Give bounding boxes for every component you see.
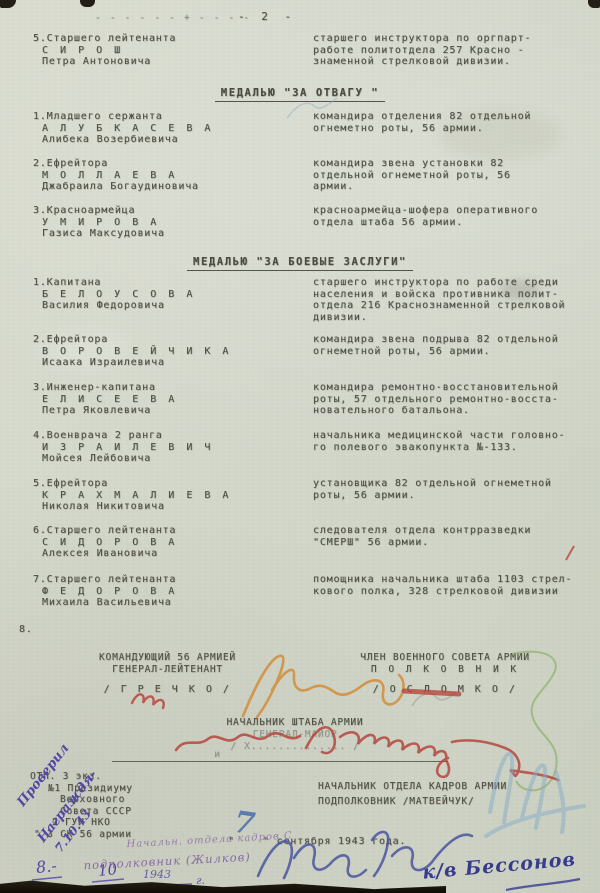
scan-bottom-shadow-band	[0, 879, 446, 893]
entry-rank: 3.Инженер-капитана	[33, 382, 298, 394]
signatory-rank: П О Л К О В Н И К	[335, 664, 555, 676]
entry-description: командира отделения 82 отдельной огнемет…	[313, 111, 595, 134]
scanned-award-document-page: - - - - - - + - - - - - 2 - 5.Старшего л…	[0, 0, 600, 893]
entry-surname: И З Р А И Л Е В И Ч	[42, 442, 298, 454]
entry-patronymic: Василия Федоровича	[42, 300, 298, 312]
entry-rank: 7.Старшего лейтенанта	[33, 574, 298, 586]
entry-rank: 1.Младшего сержанта	[33, 111, 298, 123]
signatory-rank: ГЕНЕРАЛ-ЛЕЙТЕНАНТ	[60, 664, 275, 676]
signatory-title: НАЧАЛЬНИК ОТДЕЛА КАДРОВ АРМИИ	[318, 781, 507, 793]
item-8-number: 8.	[19, 624, 33, 636]
entry-description: командира ремонтно-восстановительной рот…	[313, 382, 595, 417]
stray-typed-char: и	[214, 749, 221, 761]
stamp-date-g: г.	[196, 874, 205, 887]
entry-surname: У М И Р О В А	[42, 217, 298, 229]
entry-patronymic: Алибека Возербиевича	[42, 134, 298, 146]
entry-surname: К Р А Х М А Л И Е В А	[42, 490, 298, 502]
entry-rank: 2.Ефрейтора	[33, 158, 298, 170]
signatory-rank-name: ПОДПОЛКОВНИК /МАТВЕЙЧУК/	[318, 796, 507, 808]
entry-surname: С И Д О Р О В А	[42, 537, 298, 549]
entry-rank: 6.Старшего лейтенанта	[33, 525, 298, 537]
signatory-rank: ГЕНЕРАЛ-МАЙОР	[155, 729, 435, 741]
entry-rank: 5.Ефрейтора	[33, 478, 298, 490]
entry-surname: В О Р О В Е Й Ч И К А	[42, 346, 298, 358]
entry-patronymic: Алексея Ивановича	[42, 548, 298, 560]
entry-surname: М О Л Л А Е В А	[42, 170, 298, 182]
entry-rank: 2.Ефрейтора	[33, 334, 298, 346]
signature-block-council-member: ЧЛЕН ВОЕННОГО СОВЕТА АРМИИ П О Л К О В Н…	[335, 652, 555, 696]
signature-block-chief-of-staff: НАЧАЛЬНИК ШТАБА АРМИИ ГЕНЕРАЛ-МАЙОР / Х.…	[155, 717, 435, 753]
signatory-name: / О С Л О М К О /	[335, 684, 555, 696]
entry-rank: 4.Военврача 2 ранга	[33, 430, 298, 442]
signature-block-commander: КОМАНДУЮЩИЙ 56 АРМИЕЙ ГЕНЕРАЛ-ЛЕЙТЕНАНТ …	[60, 652, 275, 696]
entry-description: командира звена установки 82 отдельной о…	[313, 158, 595, 193]
scan-corner-mark	[0, 0, 16, 8]
entry-description: помощника начальника штаба 1103 стрел- к…	[313, 574, 595, 597]
signatory-name: / Х.............. /	[155, 741, 435, 753]
entry-rank: 3.Красноармейца	[33, 205, 298, 217]
bottom-ink-signature: к/в Бессонов	[421, 848, 576, 883]
signatory-title: КОМАНДУЮЩИЙ 56 АРМИЕЙ	[60, 652, 275, 664]
stamp-date-month: 10	[97, 860, 118, 880]
red-tick-mark	[566, 546, 574, 560]
entry-patronymic: Исаака Израилевича	[42, 357, 298, 369]
section-header-za-otvagu: МЕДАЛЬЮ "ЗА ОТВАГУ "	[0, 81, 600, 102]
signatory-title: НАЧАЛЬНИК ШТАБА АРМИИ	[155, 717, 435, 729]
stamp-date-day: 8.-	[35, 856, 58, 877]
red-pencil-word	[132, 694, 164, 708]
entry-patronymic: Петра Антоновича	[42, 56, 298, 68]
entry-surname: А Л У Б К А С Е В А	[42, 123, 298, 135]
entry-patronymic: Мойсея Лейбовича	[42, 453, 298, 465]
page-number: - 2 -	[238, 11, 296, 23]
entry-surname: Е Л И С Е Е В А	[42, 394, 298, 406]
entry-surname: Б Е Л О У С О В А	[42, 289, 298, 301]
entry-rank: 1.Капитана	[33, 277, 298, 289]
entry-description: установщика 82 отдельной огнеметной роты…	[313, 478, 595, 501]
entry-patronymic: Джабраила Богаудиновича	[42, 181, 298, 193]
entry-description: командира звена подрыва 82 отдельной огн…	[313, 334, 595, 357]
entry-rank: 5.Старшего лейтенанта	[33, 33, 298, 45]
entry-description: следователя отдела контрразведки "СМЕРШ"…	[313, 525, 595, 548]
scan-corner-mark	[588, 0, 600, 8]
entry-description: старшего инструктора по работе среди нас…	[313, 277, 595, 323]
section-header-za-boevye-zaslugi: МЕДАЛЬЮ "ЗА БОЕВЫЕ ЗАСЛУГИ"	[0, 250, 600, 271]
entry-patronymic: Петра Яковлевича	[42, 405, 298, 417]
typed-divider-line	[112, 761, 448, 762]
entry-patronymic: Газиса Максудовича	[42, 228, 298, 240]
pencil-dash-marks: - - - - - - + - - - -	[95, 13, 251, 25]
stamp-date-year: 1943	[143, 868, 171, 881]
signature-block-hr-chief: НАЧАЛЬНИК ОТДЕЛА КАДРОВ АРМИИ ПОДПОЛКОВН…	[318, 781, 507, 807]
entry-patronymic: Михаила Васильевича	[42, 597, 298, 609]
entry-patronymic: Николая Никитовича	[42, 501, 298, 513]
signatory-name: / Г Р Е Ч К О /	[60, 684, 275, 696]
entry-description: начальника медицинской части головно- го…	[313, 430, 595, 453]
blue-signature-underline	[506, 879, 580, 890]
entry-description: старшего инструктора по оргпарт- работе …	[313, 33, 595, 68]
entry-description: красноармейца-шофера оперативного отдела…	[313, 205, 595, 228]
scan-edge-mark	[80, 0, 95, 7]
signatory-title: ЧЛЕН ВОЕННОГО СОВЕТА АРМИИ	[335, 652, 555, 664]
entry-surname: Ф Е Д О Р О В А	[42, 586, 298, 598]
entry-surname: С И Р О Ш	[42, 45, 298, 57]
